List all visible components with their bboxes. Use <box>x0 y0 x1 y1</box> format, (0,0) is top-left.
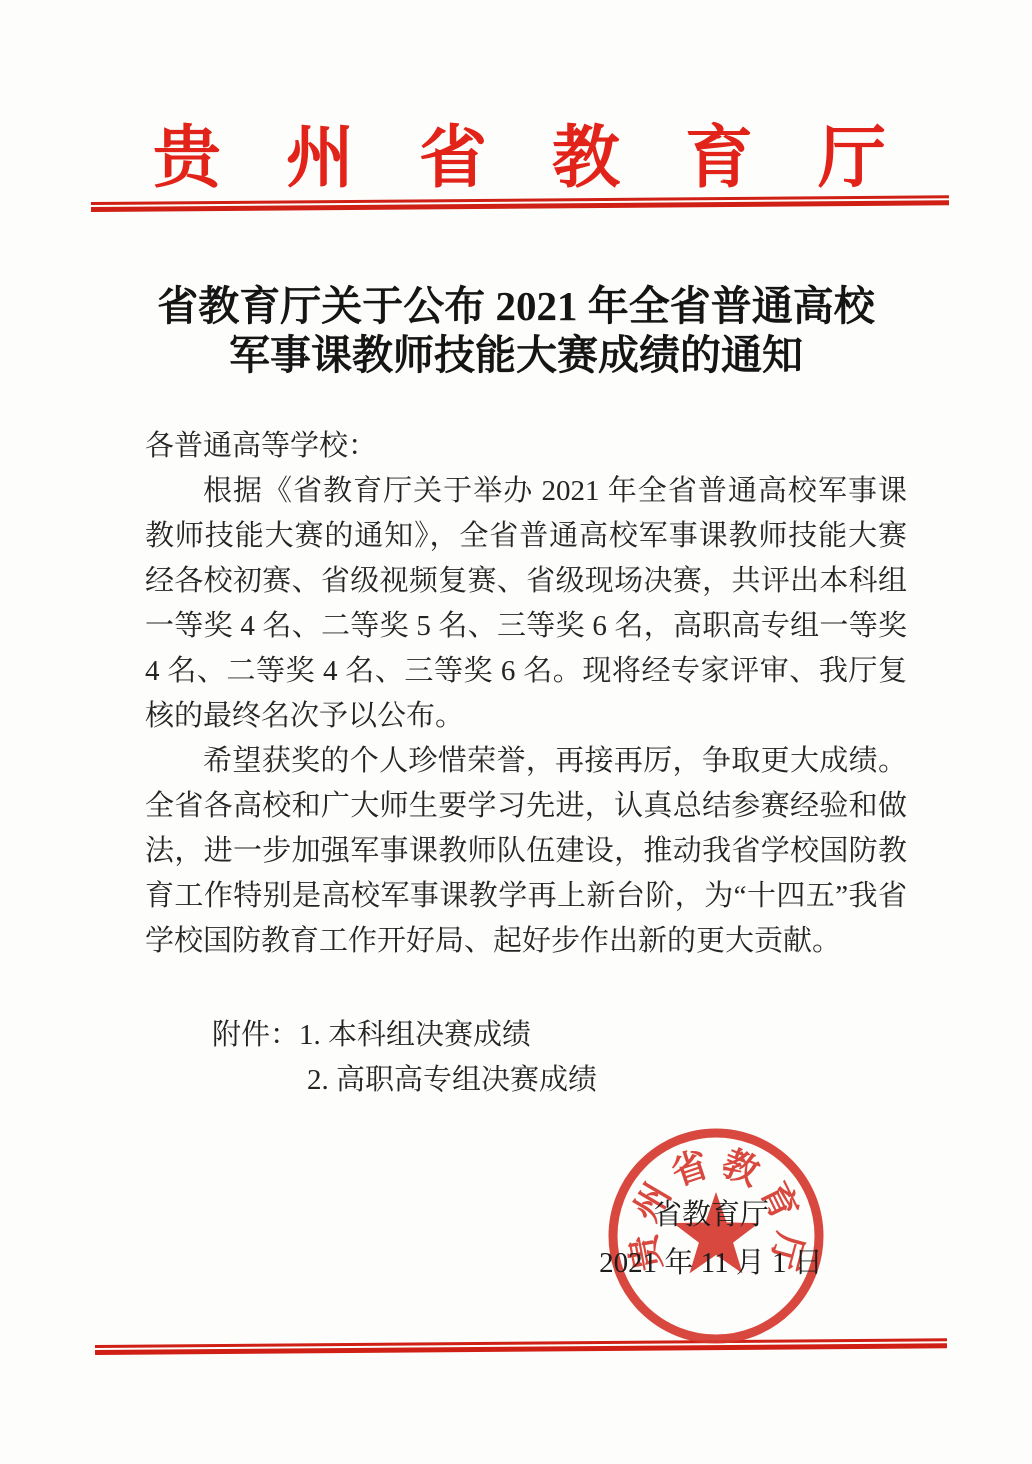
body-paragraph-2: 希望获奖的个人珍惜荣誉，再接再厉，争取更大成绩。全省各高校和广大师生要学习先进，… <box>145 739 907 964</box>
body-paragraph-1: 根据《省教育厅关于举办 2021 年全省普通高校军事课教师技能大赛的通知》，全省… <box>145 469 907 739</box>
salutation: 各普通高等学校： <box>145 424 907 469</box>
attachment-item-1: 1. 本科组决赛成绩 <box>299 1019 531 1051</box>
letterhead-agency-name: 贵州省教育厅 <box>153 124 951 192</box>
notice-body: 各普通高等学校： 根据《省教育厅关于举办 2021 年全省普通高校军事课教师技能… <box>145 424 907 964</box>
attachments-label: 附件： <box>212 1019 299 1051</box>
document-page: 贵州省教育厅 省教育厅关于公布 2021 年全省普通高校 军事课教师技能大赛成绩… <box>0 0 1032 1464</box>
signature-date: 2021 年 11 月 1 日 <box>561 1239 861 1287</box>
letterhead-rule <box>91 195 949 212</box>
attachment-row: 附件：1. 本科组决赛成绩 <box>145 1013 907 1058</box>
notice-title: 省教育厅关于公布 2021 年全省普通高校 军事课教师技能大赛成绩的通知 <box>10 282 1022 380</box>
signature-block: 省教育厅 2021 年 11 月 1 日 <box>561 1191 861 1287</box>
notice-title-line1: 省教育厅关于公布 2021 年全省普通高校 <box>10 282 1022 331</box>
attachment-item-2: 2. 高职高专组决赛成绩 <box>307 1064 597 1096</box>
attachments-list: 附件：1. 本科组决赛成绩 2. 高职高专组决赛成绩 <box>145 1013 907 1103</box>
notice-title-line2: 军事课教师技能大赛成绩的通知 <box>10 331 1022 380</box>
signature-agency: 省教育厅 <box>561 1191 861 1239</box>
attachment-row: 2. 高职高专组决赛成绩 <box>145 1058 907 1103</box>
